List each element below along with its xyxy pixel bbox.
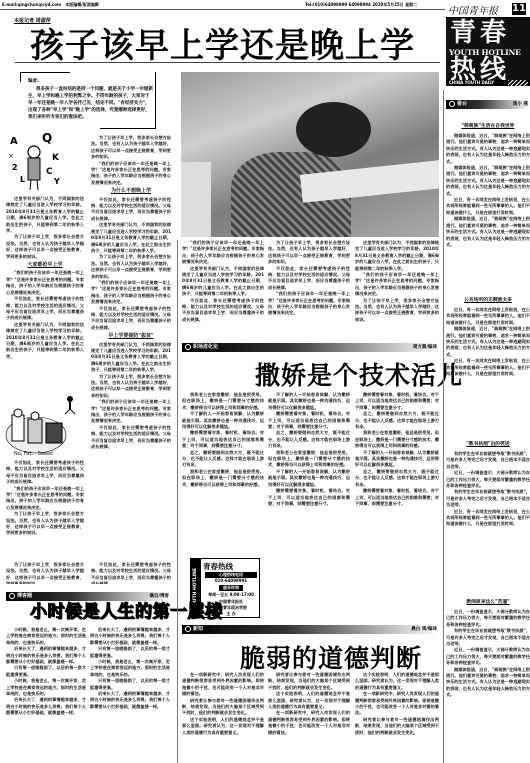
article2-column-2: 不了解的人一开始容易误解，认为撒娇就是示弱。其实撒娇也是一种沟通技巧，运用得好可… bbox=[268, 392, 350, 602]
section-icon bbox=[185, 344, 191, 350]
main-article-column-1b: 不仅如此，家长还需要考虑孩子的性格、能力以及对学校生活的适应情况。父母不应当盲目… bbox=[6, 460, 84, 560]
svg-text:×: × bbox=[8, 152, 14, 160]
sidebar-item: "萌萌族"生活在自我世界 据媒体报道，近日，"萌萌族"在网络上很流行。他们喜欢可… bbox=[446, 122, 530, 285]
section-icon bbox=[185, 626, 191, 632]
main-article-column-3: "我们的孩子应该早一年还是晚一年上学？"这是许多家长正在思考的问题。专家指出，孩… bbox=[182, 240, 264, 328]
hotline-hours-label: 服务时间 bbox=[219, 585, 243, 591]
masthead-strip: CHINA YOUTH DAILY bbox=[446, 80, 530, 86]
main-article-end-2: 不仅如此，家长还需要考虑孩子的性格、能力以及对学校生活的适应情况。父母不应当盲目… bbox=[91, 562, 171, 584]
article4-column-1: 小时候，我是老幺，第一次离开家，走上学校是在离家很远的地方。那时的生活是单纯的，… bbox=[6, 627, 86, 763]
letters-cartoon-illustration: A Q K C Y 2 L × bbox=[6, 130, 70, 194]
svg-text:2: 2 bbox=[12, 163, 18, 172]
divider bbox=[0, 9, 180, 10]
intro-box-top bbox=[20, 72, 70, 73]
sidebar-item: 公共场所的无聊族太多 近日，有一名网友在网络上发帖说，在公共场所经常能看到一些无… bbox=[446, 296, 530, 419]
article2-column-1: 我和老公在家里撒娇，他总是很受用。但在职场上，撒娇是一门需要分寸感的技术，撒娇得… bbox=[182, 392, 264, 557]
section-bar-workplace: 职场进化论 周方圆/编译 bbox=[182, 343, 439, 352]
main-article-column-5: 这里学有关部门认为，不同国家的法律规定了儿童应当进入学校学习的年龄。2010年8… bbox=[355, 240, 439, 328]
photo-boy-at-desk bbox=[181, 72, 439, 237]
headline-rule bbox=[15, 62, 440, 63]
main-article-column-2: 为了让孩子早上学，很多家长会想方设法。当然，也有人认为孩子越早入学越好，这样孩子… bbox=[91, 135, 171, 560]
main-article-end-1: 为了让孩子早上学，很多家长会想方设法。当然，也有人认为孩子越早入学越好，这样孩子… bbox=[6, 562, 84, 584]
sidebar-item: "教书执照"出的笑话 有的学生在毕业前就想考取"教书执照"，可是许多人考完之后才… bbox=[446, 440, 530, 576]
stripe-decoration bbox=[508, 80, 528, 86]
intro-text: 编者: 很多孩子一直纠结的是同一个问题，就是关于小学一年级新生，早上学和晚上学的… bbox=[28, 78, 153, 121]
article4-column-2: 后来长大了，遇到的事情越来越多，才明白小时候的快乐是多么珍贵。我们每个人都需要从… bbox=[90, 627, 170, 763]
main-headline: 孩子该早上学还是晚上学 bbox=[30, 26, 450, 66]
column-divider bbox=[177, 240, 178, 763]
article3-headline: 脆弱的道德判断 bbox=[240, 639, 422, 675]
byline: 本报记者 周淑萍 bbox=[14, 17, 51, 24]
main-article-column-1: 这里学有关部门认为，不同国家的法律规定了儿童应当进入学校学习的年龄。2010年8… bbox=[6, 196, 84, 404]
article3-column-3: 这个实验表明，人们的道德观念并不是那么坚固。研究者认为，这一发现对于理解人类的道… bbox=[355, 672, 439, 763]
intro-box-left bbox=[20, 72, 21, 82]
family-cartoon-illustration: No, Fat... Sweet bbox=[2, 405, 70, 460]
svg-text:Q: Q bbox=[42, 131, 52, 145]
sidebar-item: 教师原来这么"苦逼" 近日，一份调查显示，大部分教师认为自己的工作压力很大，每天… bbox=[446, 598, 530, 763]
column-divider bbox=[443, 90, 444, 763]
svg-text:No, Fat... Sweet: No, Fat... Sweet bbox=[14, 451, 53, 457]
svg-text:Y: Y bbox=[53, 177, 60, 186]
svg-text:L: L bbox=[20, 175, 25, 184]
article3-column-1: 在一项新研究中，研究人员发现人们的道德判断很容易受到外界因素的影响。即使是微小的… bbox=[182, 672, 264, 763]
svg-text:C: C bbox=[46, 167, 53, 177]
section-bar-sidebar: 看台 周小 燕 bbox=[446, 100, 530, 109]
article4-headline: 小时候是人生的第一层楼 bbox=[30, 597, 223, 622]
section-icon bbox=[9, 593, 15, 599]
hotline-title: 青春热线 bbox=[203, 561, 233, 572]
page-number: 11 bbox=[512, 3, 526, 15]
section-bar-science: 新知 晨白 周/编译 bbox=[182, 625, 439, 634]
svg-text:K: K bbox=[52, 153, 60, 163]
intro-box-bottom bbox=[100, 128, 156, 129]
masthead-title-1: 青春 bbox=[450, 19, 510, 47]
svg-text:A: A bbox=[10, 136, 18, 147]
section-icon bbox=[449, 101, 455, 107]
article3-column-2: 研究者让参与者对一些道德困境作出判断，结果发现，当他们的大脑某个区域受到干扰时，… bbox=[268, 672, 350, 763]
article2-column-3: 撒娇需要看对象、看时机、看场合。对于上司，可以适当地表达自己的困难和需要；对于同… bbox=[355, 392, 439, 602]
intro-box-right bbox=[155, 72, 156, 128]
article2-headline: 撒娇是个技术活儿 bbox=[255, 356, 463, 392]
paper-logo: 中国青年报 bbox=[448, 2, 498, 17]
masthead: 中国青年报 11 青春 YOUTH HOTLINE 热线 bbox=[446, 0, 530, 80]
divider bbox=[180, 9, 445, 10]
main-article-column-4: 为了让孩子早上学，很多家长会想方设法。当然，也有人认为孩子越早入学越好，这样孩子… bbox=[268, 240, 350, 328]
hotline-phone: 010-64098991 bbox=[205, 578, 257, 583]
